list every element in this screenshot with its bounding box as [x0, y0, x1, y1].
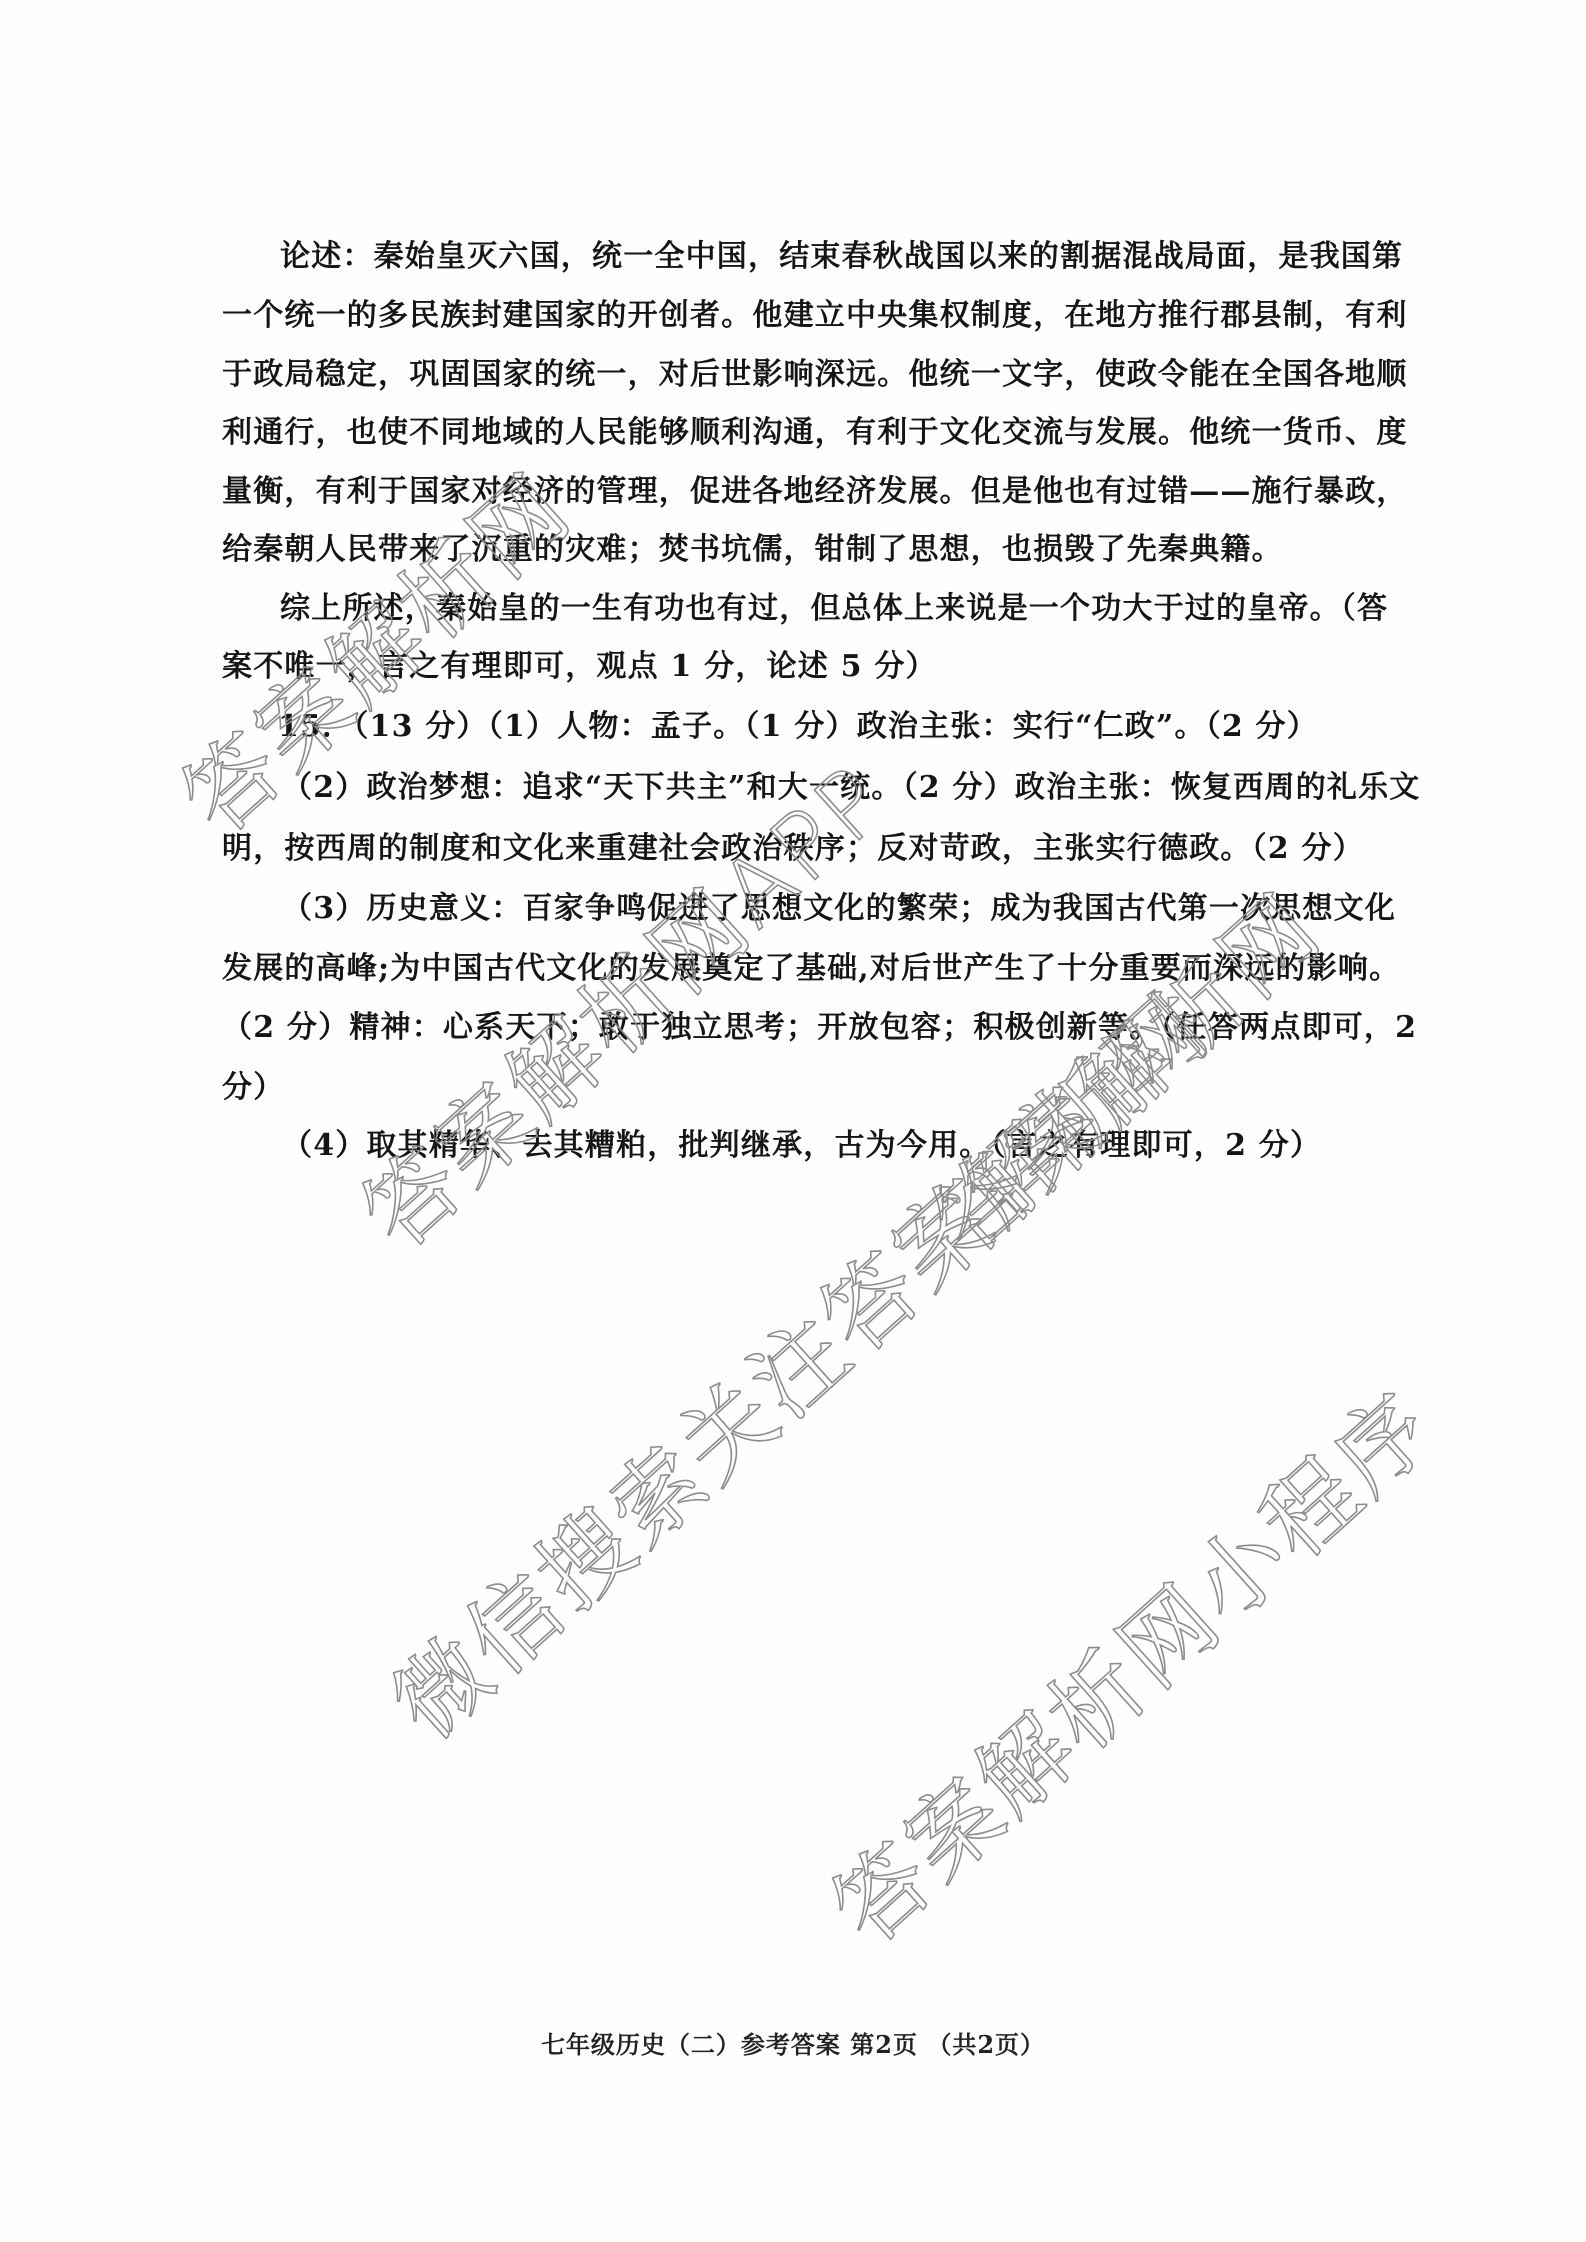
q15-part3-line-4: 分） — [222, 1068, 1372, 1108]
watermark-5: 答案解析网小程序 — [800, 1356, 1459, 1968]
text-line-2: 一个统一的多民族封建国家的开创者。他建立中央集权制度，在地方推行郡县制，有利 — [222, 296, 1372, 336]
text-line-5: 量衡，有利于国家对经济的管理，促进各地经济发展。但是他也有过错——施行暴政， — [222, 472, 1372, 512]
q15-part2-line-1: （2）政治梦想：追求“天下共主”和大一统。（2 分）政治主张：恢复西周的礼乐文 — [282, 768, 1372, 808]
page-footer: 七年级历史（二）参考答案 第2页 （共2页） — [0, 2030, 1586, 2060]
text-line-4: 利通行，也使不同地域的人民能够顺利沟通，有利于文化交流与发展。他统一货币、度 — [222, 413, 1372, 453]
q15-part4-line: （4）取其精华、去其糟粕，批判继承，古为今用。（言之有理即可，2 分） — [282, 1126, 1372, 1166]
q15-part3-line-3: （2 分）精神：心系天下；敢于独立思考；开放包容；积极创新等。（任答两点即可，2 — [222, 1008, 1372, 1048]
watermark-2: 答案解析网APP — [330, 729, 913, 1273]
text-line-7: 综上所述，秦始皇的一生有功也有过，但总体上来说是一个功大于过的皇帝。（答 — [280, 589, 1372, 629]
text-line-3: 于政局稳定，巩固国家的统一，对后世影响深远。他统一文字，使政令能在全国各地顺 — [222, 355, 1372, 395]
text-line-1: 论述：秦始皇灭六国，统一全中国，结束春秋战国以来的割据混战局面，是我国第 — [280, 237, 1372, 277]
text-line-6: 给秦朝人民带来了沉重的灾难；焚书坑儒，钳制了思想，也损毁了先秦典籍。 — [222, 530, 1372, 570]
text-line-8: 案不唯一，言之有理即可，观点 1 分，论述 5 分） — [222, 647, 1372, 687]
q15-part3-line-1: （3）历史意义：百家争鸣促进了思想文化的繁荣；成为我国古代第一次思想文化 — [282, 889, 1372, 929]
q15-part2-line-2: 明，按西周的制度和文化来重建社会政治秩序；反对苛政，主张实行德政。（2 分） — [222, 829, 1372, 869]
question-15-heading: 15．（13 分）（1）人物：孟子。（1 分）政治主张：实行“仁政”。（2 分） — [278, 707, 1428, 747]
q15-part3-line-2: 发展的高峰;为中国古代文化的发展奠定了基础,对后世产生了十分重要而深远的影响。 — [222, 949, 1372, 989]
document-page: 论述：秦始皇灭六国，统一全中国，结束春秋战国以来的割据混战局面，是我国第 一个统… — [0, 0, 1586, 2242]
